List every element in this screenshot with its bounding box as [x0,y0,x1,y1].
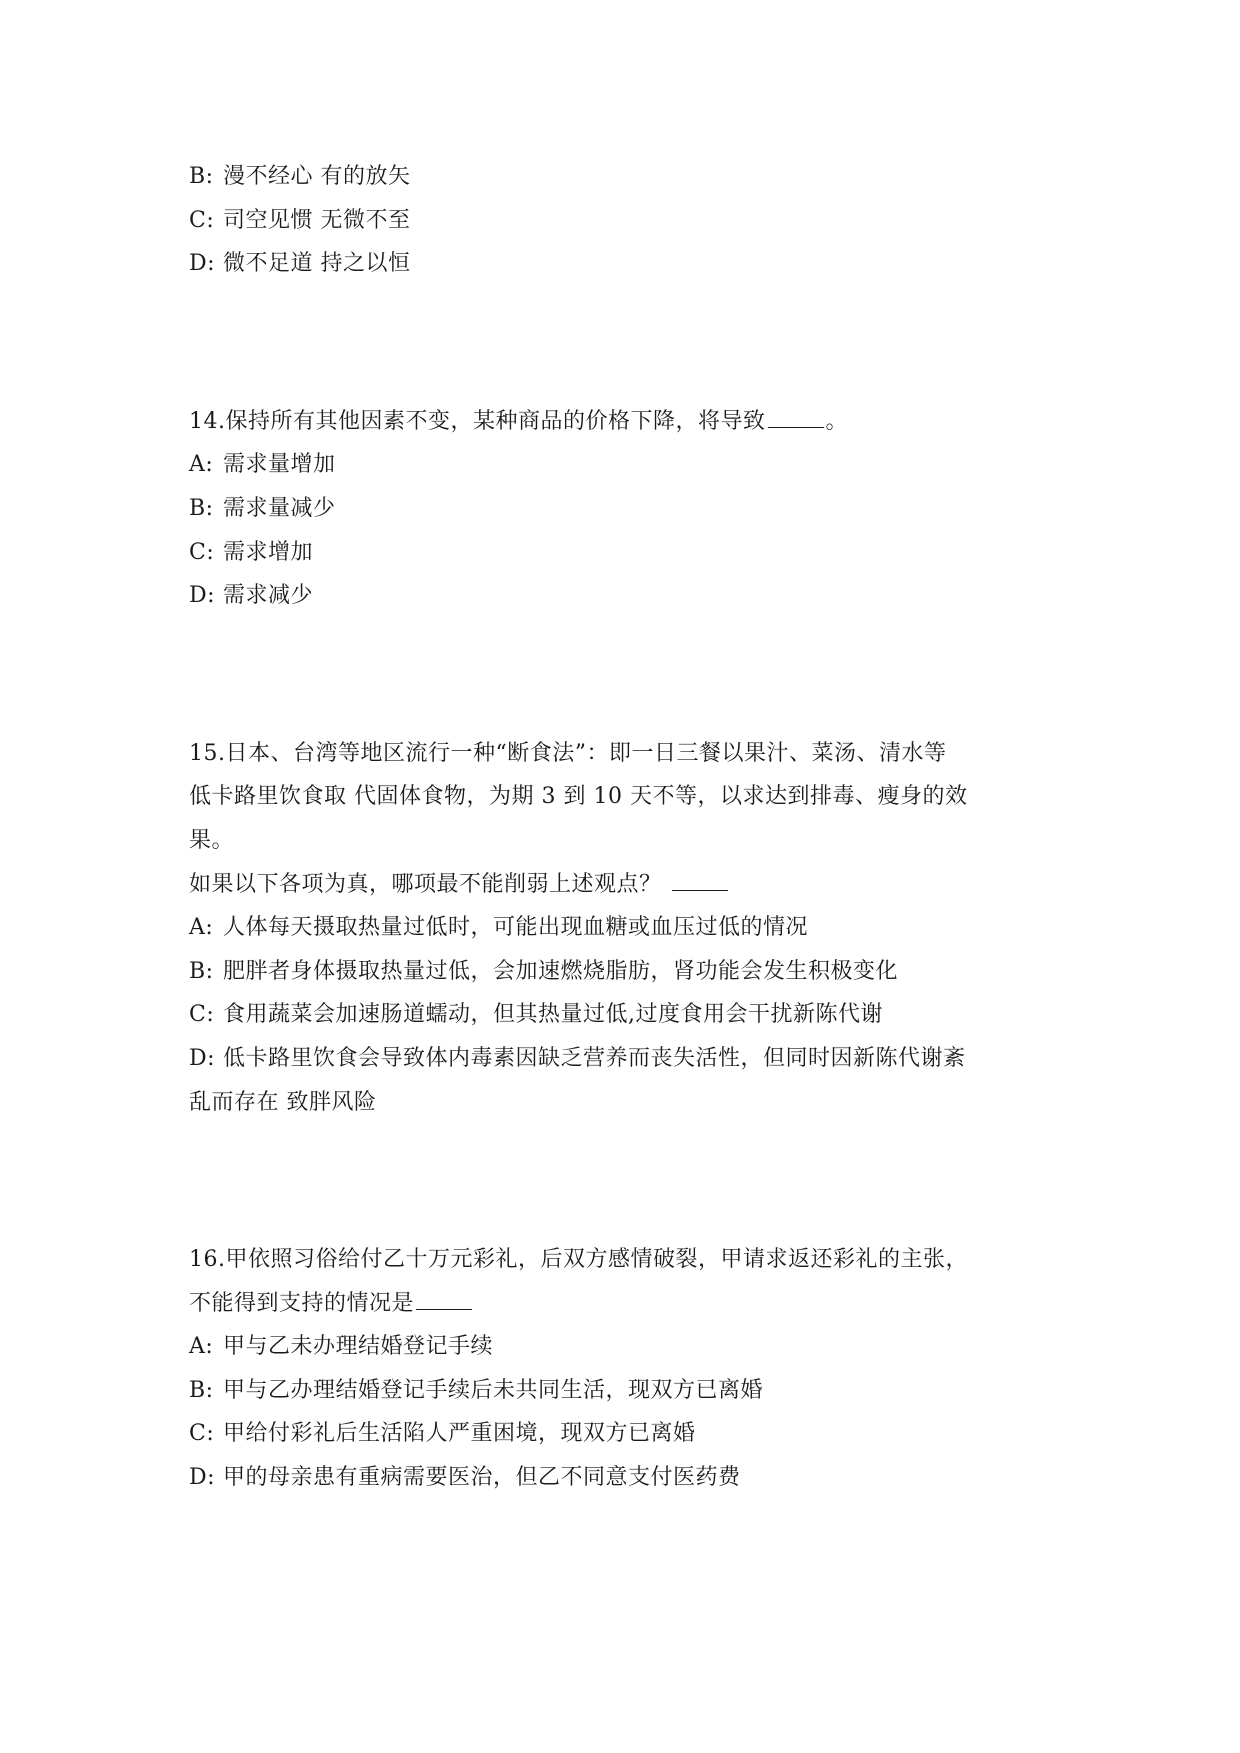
option-b: B:甲与乙办理结婚登记手续后未共同生活，现双方已离婚 [189,1369,1051,1413]
spacer [189,618,1051,732]
option-key: A: [189,906,223,950]
option-d-continued: 乱而存在 致胖风险 [189,1081,1051,1125]
option-key: D: [189,1037,223,1081]
option-key: B: [189,1369,223,1413]
question-prompt: 如果以下各项为真，哪项最不能削弱上述观点？ [189,863,1051,907]
stem-suffix: 。 [826,409,849,434]
question-15: 15.日本、台湾等地区流行一种“断食法”：即一日三餐以果汁、菜汤、清水等 低卡路… [189,732,1051,1124]
document-content: B:漫不经心 有的放矢 C:司空见惯 无微不至 D:微不足道 持之以恒 14.保… [189,155,1051,1500]
option-text: 食用蔬菜会加速肠道蠕动，但其热量过低,过度食用会干扰新陈代谢 [223,1002,883,1027]
option-a: A:甲与乙未办理结婚登记手续 [189,1325,1051,1369]
question-14: 14.保持所有其他因素不变，某种商品的价格下降，将导致。 A:需求量增加 B:需… [189,400,1051,618]
option-b: B:漫不经心 有的放矢 [189,155,1051,199]
option-b: B:肥胖者身体摄取热量过低，会加速燃烧脂肪，肾功能会发生积极变化 [189,950,1051,994]
option-d: D:微不足道 持之以恒 [189,242,1051,286]
spacer [189,286,1051,400]
answer-blank [416,1289,472,1310]
option-text: 甲与乙办理结婚登记手续后未共同生活，现双方已离婚 [223,1378,763,1403]
question-13-options: B:漫不经心 有的放矢 C:司空见惯 无微不至 D:微不足道 持之以恒 [189,155,1051,286]
option-a: A:人体每天摄取热量过低时，可能出现血糖或血压过低的情况 [189,906,1051,950]
option-text: 肥胖者身体摄取热量过低，会加速燃烧脂肪，肾功能会发生积极变化 [223,959,898,984]
option-d: D:甲的母亲患有重病需要医治，但乙不同意支付医药费 [189,1456,1051,1500]
option-c: C:需求增加 [189,531,1051,575]
option-key: C: [189,199,223,243]
option-d: D:低卡路里饮食会导致体内毒素因缺乏营养而丧失活性，但同时因新陈代谢紊 [189,1037,1051,1081]
question-stem-line-2: 不能得到支持的情况是 [189,1282,1051,1326]
option-text: 司空见惯 无微不至 [223,208,411,233]
question-16: 16.甲依照习俗给付乙十万元彩礼，后双方感情破裂，甲请求返还彩礼的主张， 不能得… [189,1238,1051,1500]
prompt-text: 如果以下各项为真，哪项最不能削弱上述观点？ [189,872,662,897]
option-a: A:需求量增加 [189,443,1051,487]
option-key: D: [189,1456,223,1500]
option-key: B: [189,950,223,994]
question-stem-line-1: 16.甲依照习俗给付乙十万元彩礼，后双方感情破裂，甲请求返还彩礼的主张， [189,1238,1051,1282]
question-stem: 14.保持所有其他因素不变，某种商品的价格下降，将导致。 [189,400,1051,444]
option-text: 甲与乙未办理结婚登记手续 [223,1334,493,1359]
option-text: 人体每天摄取热量过低时，可能出现血糖或血压过低的情况 [223,915,808,940]
stem-text: 不能得到支持的情况是 [189,1291,414,1316]
option-key: D: [189,242,223,286]
option-text: 需求增加 [223,540,313,565]
document-page: B:漫不经心 有的放矢 C:司空见惯 无微不至 D:微不足道 持之以恒 14.保… [0,0,1240,1753]
option-c: C:司空见惯 无微不至 [189,199,1051,243]
option-key: C: [189,993,223,1037]
question-stem-line-3: 果。 [189,819,1051,863]
option-text: 甲给付彩礼后生活陷人严重困境，现双方已离婚 [223,1421,696,1446]
spacer [189,1124,1051,1238]
option-c: C:食用蔬菜会加速肠道蠕动，但其热量过低,过度食用会干扰新陈代谢 [189,993,1051,1037]
option-text: 甲的母亲患有重病需要医治，但乙不同意支付医药费 [223,1465,741,1490]
option-text: 需求量增加 [223,452,336,477]
option-text: 低卡路里饮食会导致体内毒素因缺乏营养而丧失活性，但同时因新陈代谢紊 [223,1046,966,1071]
option-key: C: [189,531,223,575]
option-text: 漫不经心 有的放矢 [223,164,411,189]
option-key: A: [189,443,223,487]
option-b: B:需求量减少 [189,487,1051,531]
stem-text: 14.保持所有其他因素不变，某种商品的价格下降，将导致 [189,409,766,434]
option-c: C:甲给付彩礼后生活陷人严重困境，现双方已离婚 [189,1412,1051,1456]
option-text: 微不足道 持之以恒 [223,251,411,276]
option-key: A: [189,1325,223,1369]
option-key: B: [189,487,223,531]
option-d: D:需求减少 [189,574,1051,618]
option-key: D: [189,574,223,618]
option-text: 需求量减少 [223,496,336,521]
answer-blank [672,870,728,891]
option-text: 需求减少 [223,583,313,608]
option-key: B: [189,155,223,199]
question-stem-line-2: 低卡路里饮食取 代固体食物，为期 3 到 10 天不等，以求达到排毒、瘦身的效 [189,775,1051,819]
answer-blank [768,407,824,428]
option-key: C: [189,1412,223,1456]
question-stem-line-1: 15.日本、台湾等地区流行一种“断食法”：即一日三餐以果汁、菜汤、清水等 [189,732,1051,776]
